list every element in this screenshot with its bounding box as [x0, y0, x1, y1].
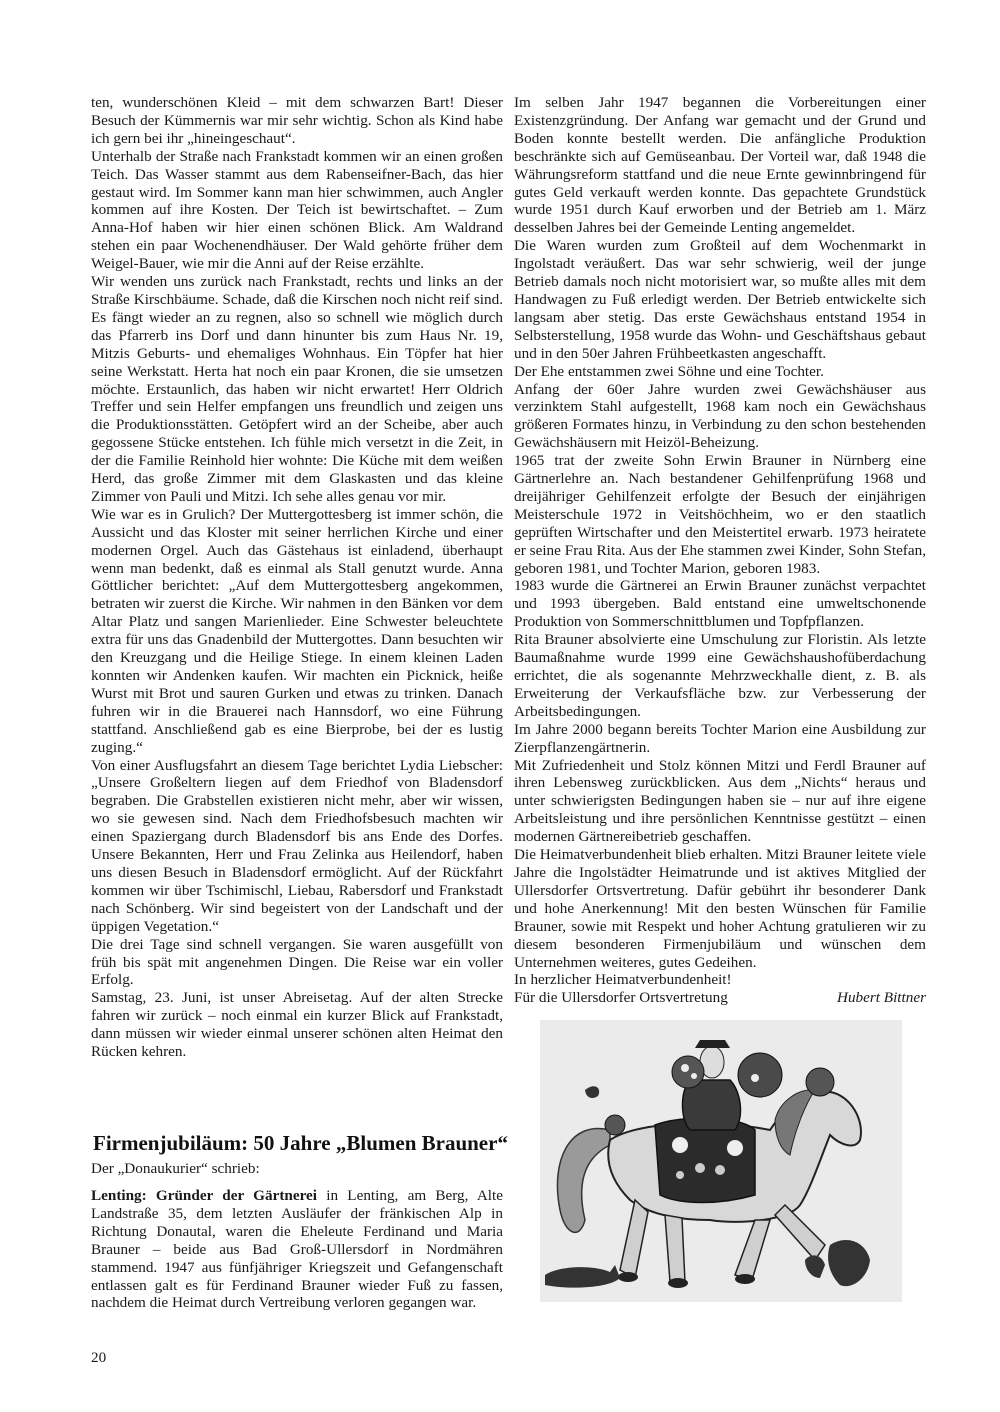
paragraph: In herzlicher Heimatverbundenheit!: [514, 971, 926, 989]
paragraph: Die drei Tage sind schnell vergangen. Si…: [91, 936, 503, 990]
paragraph: Von einer Ausflugsfahrt an diesem Tage b…: [91, 757, 503, 936]
paragraph: Der Ehe entstammen zwei Söhne und eine T…: [514, 363, 926, 381]
paragraph: Rita Brauner absolvierte eine Umschulung…: [514, 631, 926, 721]
paragraph: Im selben Jahr 1947 begannen die Vorbere…: [514, 94, 926, 237]
paragraph: Samstag, 23. Juni, ist unser Abreisetag.…: [91, 989, 503, 1061]
paragraph: Die Heimatverbundenheit blieb erhalten. …: [514, 846, 926, 971]
article-lead-text: in Lenting, am Berg, Alte Landstraße 35,…: [91, 1187, 503, 1311]
illustration-rider-on-horse: [540, 1020, 902, 1302]
article-lead-paragraph: Lenting: Gründer der Gärtnerei in Lentin…: [91, 1187, 503, 1312]
paragraph: Im Jahre 2000 begann bereits Tochter Mar…: [514, 721, 926, 757]
paragraph: ten, wunderschönen Kleid – mit dem schwa…: [91, 94, 503, 148]
paragraph: Unterhalb der Straße nach Frankstadt kom…: [91, 148, 503, 273]
signature-line: Für die Ullersdorfer Ortsvertretung Hube…: [514, 989, 926, 1007]
paragraph: Mit Zufriedenheit und Stolz können Mitzi…: [514, 757, 926, 847]
article-heading: Firmenjubiläum: 50 Jahre „Blumen Brauner…: [93, 1130, 503, 1156]
paragraph: 1965 trat der zweite Sohn Erwin Brauner …: [514, 452, 926, 577]
signature-author: Hubert Bittner: [837, 989, 926, 1007]
paragraph: Die Waren wurden zum Großteil auf dem Wo…: [514, 237, 926, 362]
right-column: Im selben Jahr 1947 begannen die Vorbere…: [514, 94, 926, 1007]
paragraph: 1983 wurde die Gärtnerei an Erwin Braune…: [514, 577, 926, 631]
paragraph: Wir wenden uns zurück nach Frankstadt, r…: [91, 273, 503, 506]
article-lead-bold: Lenting: Gründer der Gärtnerei: [91, 1187, 317, 1204]
article-source-line: Der „Donaukurier“ schrieb:: [91, 1160, 503, 1178]
paragraph: Anfang der 60er Jahre wurden zwei Gewäch…: [514, 381, 926, 453]
signature-organisation: Für die Ullersdorfer Ortsvertretung: [514, 989, 728, 1007]
horse-rider-drawing-icon: [540, 1020, 902, 1302]
left-column: ten, wunderschönen Kleid – mit dem schwa…: [91, 94, 503, 1061]
page-number: 20: [91, 1349, 106, 1367]
paragraph: Wie war es in Grulich? Der Muttergottesb…: [91, 506, 503, 757]
